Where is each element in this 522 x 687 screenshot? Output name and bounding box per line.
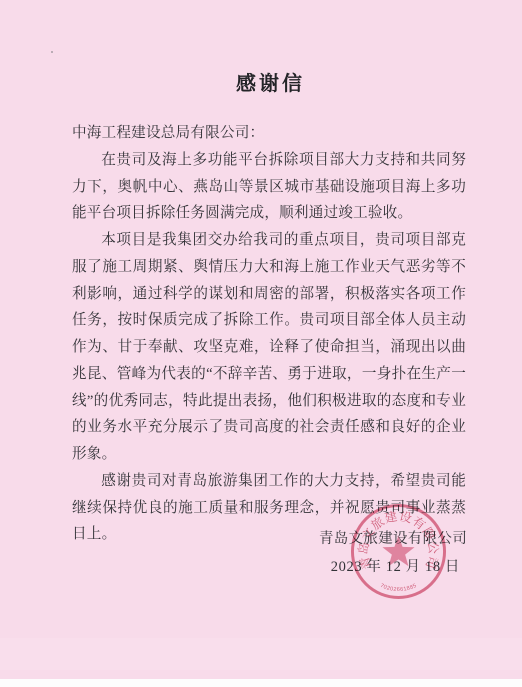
- company-seal-stamp: 青岛文旅建设有限公司 3702026618855: [349, 502, 448, 601]
- scanned-letter-page: 感谢信 中海工程建设总局有限公司： 在贵司及海上多功能平台拆除项目部大力支持和共…: [0, 0, 522, 687]
- letter-paragraph: 在贵司及海上多功能平台拆除项目部大力支持和共同努力下，奥帆中心、燕岛山等景区城市…: [72, 147, 466, 227]
- scan-speck: [51, 51, 53, 53]
- letter-title: 感谢信: [72, 67, 466, 96]
- scan-bottom-edge: [0, 679, 522, 687]
- letter-paragraph: 本项目是我集团交办给我司的重点项目，贵司项目部克服了施工周期紧、舆情压力大和海上…: [72, 227, 466, 468]
- letter-body: 中海工程建设总局有限公司： 在贵司及海上多功能平台拆除项目部大力支持和共同努力下…: [72, 120, 466, 548]
- scan-light-band: [0, 638, 522, 670]
- recipient-line: 中海工程建设总局有限公司：: [72, 120, 466, 147]
- seal-star-icon: [382, 536, 414, 566]
